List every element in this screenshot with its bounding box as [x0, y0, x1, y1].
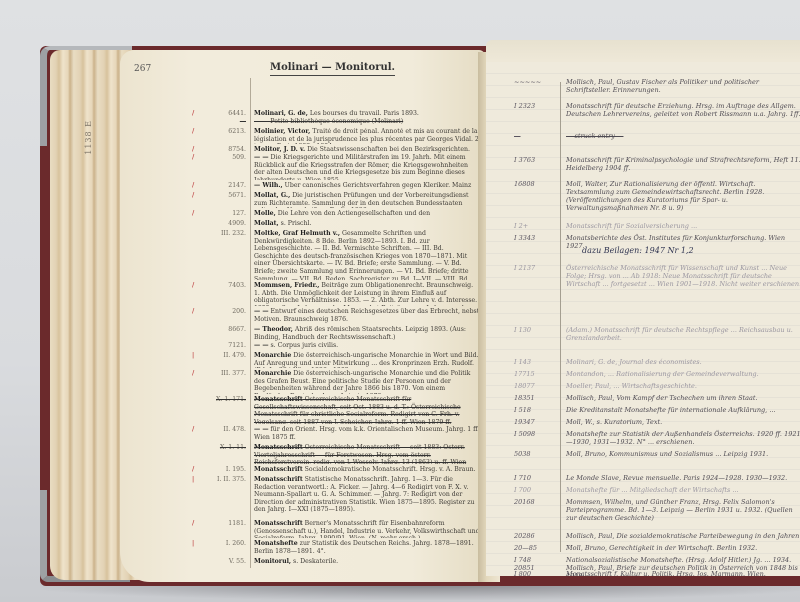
- shelf-signature: III. 232.: [202, 230, 246, 238]
- shelf-signature: II. 479.: [202, 352, 246, 360]
- ledger-entry: (Adam.) Monatsschrift für deutsche Recht…: [566, 326, 800, 342]
- red-check-mark: /: [192, 282, 194, 290]
- ledger-entry: Mommsen, Wilhelm, und Günther Franz, Hrs…: [566, 498, 800, 522]
- entry-heading: Mollat,: [254, 220, 279, 227]
- entry-heading: — —: [254, 308, 269, 315]
- entry-heading: Monatsschrift: [254, 466, 303, 473]
- catalog-entry: /7403.Mommsen, Friedr., Beiträge zum Obl…: [120, 282, 485, 306]
- ledger-entry: Monatsschrift für Sozialversicherung ...: [566, 222, 800, 230]
- ledger-entry: Molinari, G. de, Journal des économistes…: [566, 358, 800, 366]
- entry-text: Monitorul, s. Deskaterile.: [254, 558, 480, 566]
- shelf-signature: 200.: [202, 308, 246, 316]
- catalog-entry: /200.— — Entwurf eines deutschen Reichsg…: [120, 308, 485, 324]
- red-check-mark: /: [192, 466, 194, 474]
- ledger-page-edge: [486, 40, 800, 64]
- ledger-entry: Monatshefte für ... Mitgliedschaft der W…: [566, 486, 800, 494]
- entry-text: Molinari, G. de, Les bourses du travail.…: [254, 110, 480, 118]
- red-check-mark: /: [192, 110, 194, 118]
- ledger-signature: 20168: [514, 498, 535, 506]
- ledger-signature: ~~~~~: [514, 78, 541, 86]
- ledger-signature: I 143: [514, 358, 531, 366]
- ledger-entry: Österreichische Monatsschrift für Wissen…: [566, 264, 800, 288]
- catalog-entry: /6213.Molinier, Victor, Traité de droit …: [120, 128, 485, 144]
- ledger-entry: Moll, Walter, Zur Rationalisierung der ö…: [566, 180, 800, 212]
- entry-text: — Theodor, Abriß des römischen Staatsrec…: [254, 326, 480, 341]
- ledger-signature: I 748: [514, 556, 531, 564]
- entry-heading: Mommsen, Friedr.,: [254, 282, 319, 289]
- entry-heading: — Theodor,: [254, 326, 293, 333]
- ledger-entry: Moll, W., s. Kuratorium, Text.: [566, 418, 800, 426]
- shelf-signature: 7403.: [202, 282, 246, 290]
- catalog-entry: /II. 478.— — für den Orient. Hrsg. vom k…: [120, 426, 485, 442]
- red-check-mark: /: [192, 192, 194, 200]
- entry-description: Die Kriegsgerichte und Militärstrafen im…: [254, 154, 468, 180]
- catalog-entry: /509.— — Die Kriegsgerichte und Militärs…: [120, 154, 485, 180]
- ledger-signature: I 3763: [514, 156, 535, 164]
- red-check-mark: /: [192, 146, 194, 154]
- entry-text: Monatsschrift Berner's Monatsschrift für…: [254, 520, 480, 538]
- ledger-entry: Moll, Bruno, Kommunismus und Sozialismus…: [566, 450, 800, 458]
- entry-text: Molle, Die Lehre von den Actiengesellsch…: [254, 210, 480, 218]
- shelf-signature: X. 1. 171.: [202, 396, 246, 404]
- entry-heading: — Wilh.,: [254, 182, 283, 189]
- catalog-entry: /III. 377.Monarchie Die österreichisch-u…: [120, 370, 485, 394]
- shelf-signature: V. 55.: [202, 558, 246, 566]
- catalog-entry: X. 1. 171.Monatsschrift Österreichische …: [120, 396, 485, 424]
- entry-description: für den Orient. Hrsg. vom k.k. Orientali…: [254, 426, 479, 441]
- ledger-signature: 18077: [514, 382, 535, 390]
- ledger-signature: I 5098: [514, 430, 535, 438]
- entry-description: s. Deskaterile.: [291, 558, 338, 565]
- ledger-signature: 16808: [514, 180, 535, 188]
- catalog-entry: X. 1. 11.Monatsschrift Österreichische M…: [120, 444, 485, 464]
- shelf-signature: 8667.: [202, 326, 246, 334]
- catalog-entry: 4909.Mollat, s. Prischl.: [120, 220, 485, 228]
- entry-heading: Monitorul,: [254, 558, 291, 565]
- ledger-entry: Monatsschrift für deutsche Erziehung. Hr…: [566, 102, 800, 118]
- catalog-entry: /127.Molle, Die Lehre von den Actiengese…: [120, 210, 485, 218]
- entry-text: Monatsschrift Socialdemokratische Monats…: [254, 466, 480, 474]
- entry-text: — Wilh., Über canonisches Gerichtsverfah…: [254, 182, 480, 190]
- shelf-signature: 1181.: [202, 520, 246, 528]
- entry-heading: Monatsschrift: [254, 520, 303, 527]
- stack-label: 1138 E: [84, 120, 93, 155]
- catalog-entry: —— — Petite bibliothèque économique (Mol…: [120, 118, 485, 126]
- entry-description: Die Lehre von den Actiengesellschaften u…: [254, 210, 430, 218]
- entry-text: Molitor, J. D. v. Die Staatswissenschaft…: [254, 146, 480, 154]
- catalog-entry: /5671.Mollat, G., Die juristischen Prüfu…: [120, 192, 485, 208]
- shelf-signature: 4909.: [202, 220, 246, 228]
- ledger-column-rule: [560, 82, 561, 552]
- ledger-entry: Die Kreditanstalt Monatshefte für intern…: [566, 406, 800, 414]
- entry-text: — — s. Corpus juris civilis.: [254, 342, 480, 350]
- shelf-signature: X. 1. 11.: [202, 444, 246, 452]
- ledger-signature: I 2+: [514, 222, 528, 230]
- catalog-entry: |I. 260.Monatshefte zur Statistik des De…: [120, 540, 485, 556]
- entry-text: — — für den Orient. Hrsg. vom k.k. Orien…: [254, 426, 480, 441]
- catalog-entry: 7121.— — s. Corpus juris civilis.: [120, 342, 485, 350]
- entry-description: Entwurf eines deutschen Reichsgesetzes ü…: [254, 308, 479, 323]
- ledger-signature: 17715: [514, 370, 535, 378]
- ledger-signature: I 2137: [514, 264, 535, 272]
- entry-description: Les bourses du travail. Paris 1893.: [308, 110, 419, 117]
- shelf-signature: 6213.: [202, 128, 246, 136]
- catalog-entry: /6441.Molinari, G. de, Les bourses du tr…: [120, 110, 485, 118]
- catalog-entry: V. 55.Monitorul, s. Deskaterile.: [120, 558, 485, 566]
- running-head: Molinari — Monitorul.: [270, 62, 395, 76]
- ledger-entry: Montandon, ... Rationalisierung der Geme…: [566, 370, 800, 378]
- ledger-entry: Moeller, Paul, ... Wirtschaftsgeschichte…: [566, 382, 800, 390]
- shelf-signature: 2147.: [202, 182, 246, 190]
- red-check-mark: /: [192, 370, 194, 378]
- ledger-entry: — struck entry —: [566, 132, 800, 140]
- entry-text: Mollat, s. Prischl.: [254, 220, 480, 228]
- ledger-entry: Moll, Bruno, Gerechtigkeit in der Wirtsc…: [566, 544, 800, 552]
- red-check-mark: /: [192, 520, 194, 528]
- entry-text: Monatsschrift Österreichische Monatsschr…: [254, 444, 480, 464]
- catalog-entry: |II. 479.Monarchie Die österreichisch-un…: [120, 352, 485, 368]
- entry-text: Moltke, Graf Helmuth v., Gesammelte Schr…: [254, 230, 480, 280]
- red-check-mark: /: [192, 426, 194, 434]
- shelf-signature: 127.: [202, 210, 246, 218]
- entry-text: Mommsen, Friedr., Beiträge zum Obligatio…: [254, 282, 480, 306]
- page-number: 267: [134, 64, 151, 74]
- ledger-signature: 5038: [514, 450, 531, 458]
- red-check-mark: /: [192, 182, 194, 190]
- entry-text: Monatsschrift Österreichische Monatsschr…: [254, 396, 480, 424]
- ledger-entry: Nationalsozialistische Monatshefte. (Hrs…: [566, 556, 800, 564]
- ledger-signature: —: [514, 132, 521, 140]
- entry-heading: Molle,: [254, 210, 276, 217]
- entry-text: — — Petite bibliothèque économique (Moli…: [254, 118, 480, 126]
- catalog-entry: |I. II. 375.Monatsschrift Statistische M…: [120, 476, 485, 518]
- entry-text: Monatsschrift Statistische Monatsschrift…: [254, 476, 480, 514]
- entry-heading: Molitor, J. D. v.: [254, 146, 305, 153]
- entry-heading: Moltke, Graf Helmuth v.,: [254, 230, 340, 237]
- shelf-signature: 509.: [202, 154, 246, 162]
- shelf-signature: —: [202, 118, 246, 126]
- entry-heading: Monatsschrift: [254, 476, 303, 483]
- pencil-annotation: dazu Beilagen: 1947 Nr 1,2: [582, 246, 800, 255]
- ledger-signature: I 710: [514, 474, 531, 482]
- catalog-entry: /I. 195.Monatsschrift Socialdemokratisch…: [120, 466, 485, 474]
- catalog-entry: /2147.— Wilh., Über canonisches Gerichts…: [120, 182, 485, 190]
- catalog-entry: 8667.— Theodor, Abriß des römischen Staa…: [120, 326, 485, 342]
- ledger-signature: 19347: [514, 418, 535, 426]
- entry-heading: — —: [254, 154, 269, 161]
- entry-heading: Monatsschrift: [254, 396, 303, 403]
- entry-description: s. Corpus juris civilis.: [269, 342, 339, 349]
- ledger-entry: Mollisch, Paul, Vom Kampf der Tschechen …: [566, 394, 800, 402]
- red-check-mark: |: [192, 352, 194, 360]
- entry-text: Monatshefte zur Statistik des Deutschen …: [254, 540, 480, 555]
- shelf-signature: III. 377.: [202, 370, 246, 378]
- entry-description: — — Petite bibliothèque économique (Moli…: [254, 118, 403, 125]
- ledger-signature: 20286: [514, 532, 535, 540]
- ledger-signature: 20—85: [514, 544, 537, 552]
- ledger-signature: I 130: [514, 326, 531, 334]
- entry-text: — — Entwurf eines deutschen Reichsgesetz…: [254, 308, 480, 323]
- red-check-mark: /: [192, 308, 194, 316]
- entry-heading: Monarchie: [254, 352, 291, 359]
- entry-text: — — Die Kriegsgerichte und Militärstrafe…: [254, 154, 480, 180]
- shelf-signature: I. 195.: [202, 466, 246, 474]
- ledger-entry: Le Monde Slave, Revue mensuelle. Paris 1…: [566, 474, 800, 482]
- entry-text: Mollat, G., Die juristischen Prüfungen u…: [254, 192, 480, 208]
- catalog-entry: /1181.Monatsschrift Berner's Monatsschri…: [120, 520, 485, 538]
- ledger-entry: Monatsschrift für Kriminalpsychologie un…: [566, 156, 800, 172]
- shelf-signature: 6441.: [202, 110, 246, 118]
- shelf-signature: I. II. 375.: [202, 476, 246, 484]
- entry-text: Monarchie Die österreichisch-ungarische …: [254, 352, 480, 368]
- entry-heading: Monarchie: [254, 370, 291, 377]
- ledger-signature: I 2323: [514, 102, 535, 110]
- entry-heading: Molinari, G. de,: [254, 110, 308, 117]
- entry-description: Gesammelte Schriften und Denkwürdigkeite…: [254, 230, 476, 280]
- entry-heading: — —: [254, 342, 269, 349]
- red-check-mark: /: [192, 154, 194, 162]
- handwritten-ledger-page: ~~~~~Mollisch, Paul, Gustav Fischer als …: [486, 62, 800, 576]
- red-check-mark: /: [192, 210, 194, 218]
- entry-description: s. Prischl.: [279, 220, 312, 227]
- shelf-signature: II. 478.: [202, 426, 246, 434]
- entry-text: Monarchie Die österreichisch-ungarische …: [254, 370, 480, 394]
- entry-heading: — —: [254, 426, 269, 433]
- ledger-entry: Mollisch, Paul, Gustav Fischer als Polit…: [566, 78, 800, 94]
- printed-page: 267 Molinari — Monitorul. /6441.Molinari…: [120, 50, 485, 582]
- ledger-signature: I 700: [514, 486, 531, 494]
- shelf-signature: 7121.: [202, 342, 246, 350]
- entry-heading: Molinier, Victor,: [254, 128, 310, 135]
- shelf-signature: 8754.: [202, 146, 246, 154]
- red-check-mark: |: [192, 476, 194, 484]
- shelf-signature: 5671.: [202, 192, 246, 200]
- ledger-signature: I 518: [514, 406, 531, 414]
- catalog-entry: /8754.Molitor, J. D. v. Die Staatswissen…: [120, 146, 485, 154]
- ledger-signature: I 3343: [514, 234, 535, 242]
- shelf-signature: I. 260.: [202, 540, 246, 548]
- entry-text: Molinier, Victor, Traité de droit pénal.…: [254, 128, 480, 144]
- catalog-entry: III. 232.Moltke, Graf Helmuth v., Gesamm…: [120, 230, 485, 280]
- entry-description: Über canonisches Gerichtsverfahren gegen…: [254, 182, 471, 190]
- entry-heading: Monatsschrift: [254, 444, 303, 451]
- ledger-entry: Monatshefte zur Statistik der Außenhande…: [566, 430, 800, 446]
- ledger-signature: 18351: [514, 394, 535, 402]
- red-check-mark: /: [192, 128, 194, 136]
- entry-heading: Monatshefte: [254, 540, 298, 547]
- entry-heading: Mollat, G.,: [254, 192, 290, 199]
- red-check-mark: |: [192, 540, 194, 548]
